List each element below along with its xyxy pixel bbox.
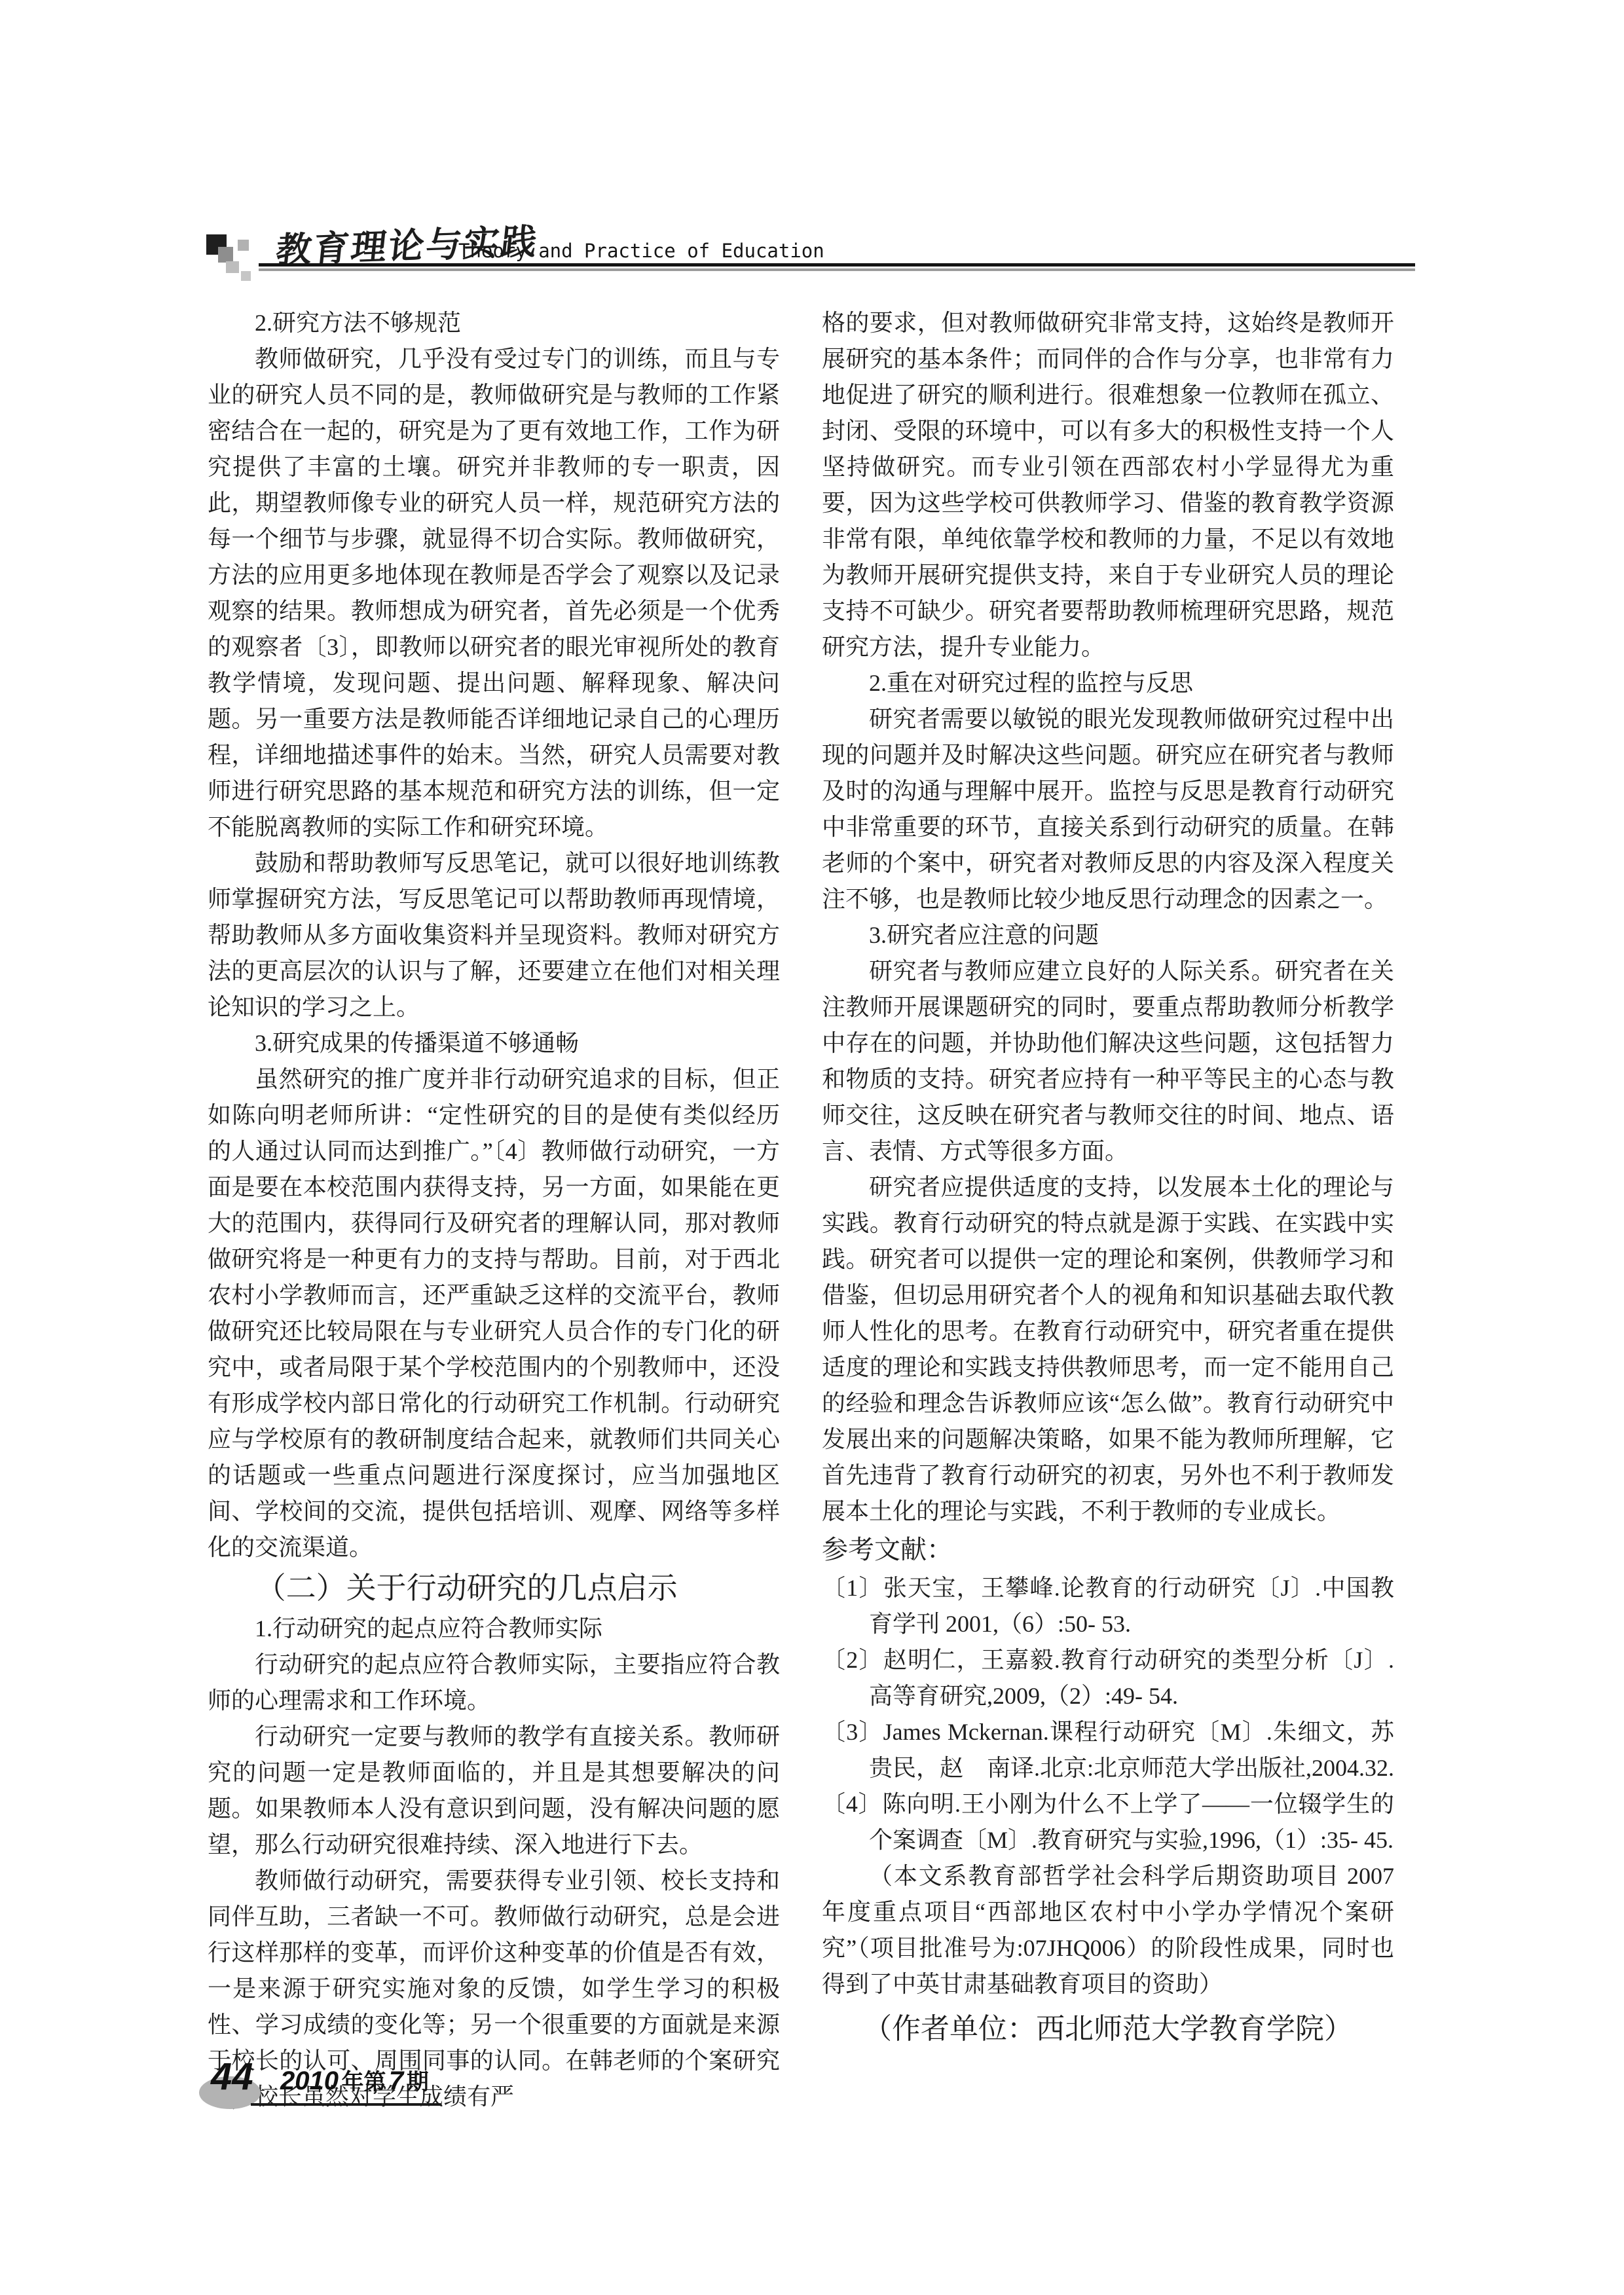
left-column: 2.研究方法不够规范教师做研究，几乎没有受过专门的训练，而且与专业的研究人员不同… (208, 305, 780, 2115)
heading-research-methods-not-standard: 2.研究方法不够规范 (208, 305, 780, 341)
para-interpersonal-relations: 研究者与教师应建立良好的人际关系。研究者在关注教师开展课题研究的同时，要重点帮助… (822, 953, 1394, 1169)
footer-year-label: 年第 (341, 2070, 386, 2095)
para-monitoring: 研究者需要以敏锐的眼光发现教师做研究过程中出现的问题并及时解决这些问题。研究应在… (822, 701, 1394, 917)
heading-monitoring-reflection: 2.重在对研究过程的监控与反思 (822, 665, 1394, 701)
para-teaching-relation: 行动研究一定要与教师的教学有直接关系。教师研究的问题一定是教师面临的，并且是其想… (208, 1719, 780, 1863)
footer-rule (251, 2103, 441, 2106)
para-moderate-support: 研究者应提供适度的支持，以发展本土化的理论与实践。教育行动研究的特点就是源于实践… (822, 1169, 1394, 1530)
journal-page: 教育理论与实践 Theory and Practice of Education… (0, 0, 1624, 2295)
right-column: 格的要求，但对教师做研究非常支持，这始终是教师开展研究的基本条件；而同伴的合作与… (822, 305, 1394, 2051)
author-affiliation: （作者单位：西北师范大学教育学院） (822, 2002, 1394, 2051)
logo-square-4 (226, 261, 239, 273)
footer-issue-label: 期 (407, 2070, 429, 2095)
logo-square-2 (238, 240, 249, 251)
para-teacher-research-training: 教师做研究，几乎没有受过专门的训练，而且与专业的研究人员不同的是，教师做研究是与… (208, 341, 780, 845)
logo-squares-icon (205, 231, 257, 287)
header-rule-gray (259, 268, 1415, 271)
footer-year: 2010 (280, 2066, 339, 2095)
para-starting-point: 行动研究的起点应符合教师实际，主要指应符合教师的心理需求和工作环境。 (208, 1647, 780, 1719)
article-body: 2.研究方法不够规范教师做研究，几乎没有受过专门的训练，而且与专业的研究人员不同… (208, 305, 1394, 2115)
para-dissemination: 虽然研究的推广度并非行动研究追求的目标，但正如陈向明老师所讲：“定性研究的目的是… (208, 1061, 780, 1566)
reference-4: 〔4〕陈向明.王小刚为什么不上学了——一位辍学生的个案调查〔M〕.教育研究与实验… (822, 1786, 1394, 1858)
funding-note: （本文系教育部哲学社会科学后期资助项目 2007 年度重点项目“西部地区农村中小… (822, 1858, 1394, 2002)
para-reflection-notes: 鼓励和帮助教师写反思笔记，就可以很好地训练教师掌握研究方法，写反思笔记可以帮助教… (208, 845, 780, 1025)
reference-3: 〔3〕James Mckernan.课程行动研究〔M〕.朱细文，苏贵民，赵 南译… (822, 1714, 1394, 1786)
heading-section-insights: （二）关于行动研究的几点启示 (208, 1566, 780, 1611)
heading-dissemination-channels: 3.研究成果的传播渠道不够通畅 (208, 1025, 780, 1061)
para-principal-support-cont: 格的要求，但对教师做研究非常支持，这始终是教师开展研究的基本条件；而同伴的合作与… (822, 305, 1394, 665)
reference-1: 〔1〕张天宝，王攀峰.论教育的行动研究〔J〕.中国教育学刊 2001,（6）:5… (822, 1570, 1394, 1642)
header-rule-black (259, 263, 1415, 266)
logo-square-3 (218, 247, 233, 263)
reference-2: 〔2〕赵明仁，王嘉毅.教育行动研究的类型分析〔J〕.高等育研究,2009,（2）… (822, 1642, 1394, 1714)
footer-issue-number: 7 (389, 2066, 403, 2095)
logo-square-5 (241, 271, 251, 281)
journal-title-english: Theory and Practice of Education (458, 240, 824, 262)
footer-issue: 2010 年第 7 期 (280, 2064, 429, 2096)
heading-researcher-attention: 3.研究者应注意的问题 (822, 917, 1394, 953)
references-heading: 参考文献： (822, 1530, 1394, 1570)
heading-starting-point: 1.行动研究的起点应符合教师实际 (208, 1611, 780, 1647)
page-number: 44 (211, 2055, 253, 2099)
